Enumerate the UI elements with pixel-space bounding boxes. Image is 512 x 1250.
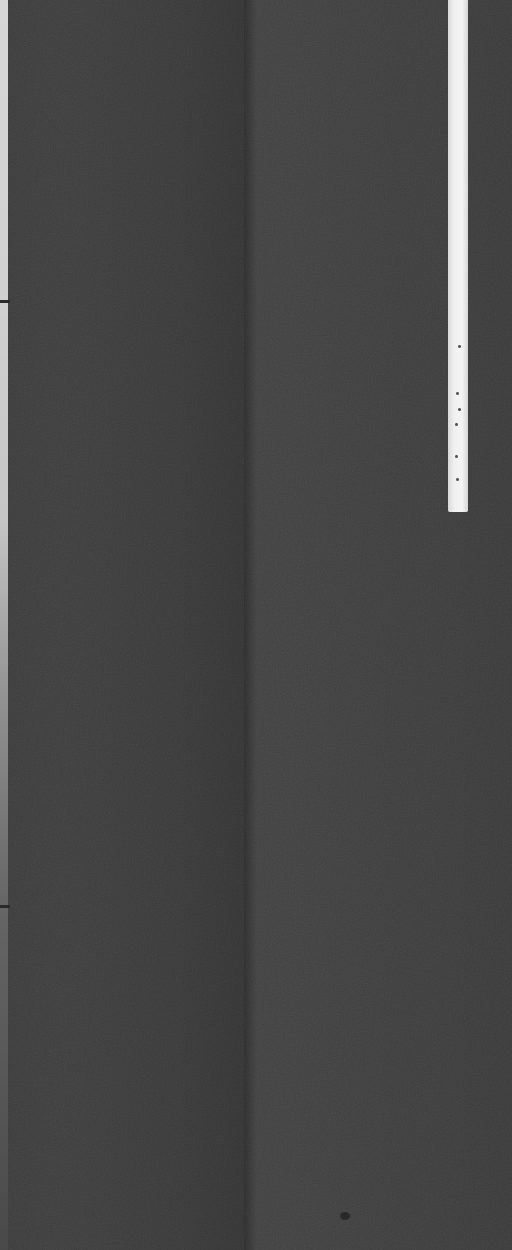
left-edge-line	[0, 0, 8, 1250]
edge-line-notch	[0, 300, 10, 303]
road-surface-image	[0, 0, 512, 1250]
edge-line-notch	[0, 905, 10, 908]
pavement-seam	[244, 0, 270, 1250]
stripe-wear-spot	[455, 423, 458, 426]
stripe-wear-spot	[458, 408, 461, 411]
stripe-wear-spot	[455, 455, 458, 458]
lane-stripe	[448, 0, 468, 512]
surface-dark-spot	[340, 1212, 350, 1220]
stripe-wear-spot	[458, 345, 461, 348]
stripe-wear-spot	[456, 478, 459, 481]
stripe-wear-spot	[456, 392, 459, 395]
